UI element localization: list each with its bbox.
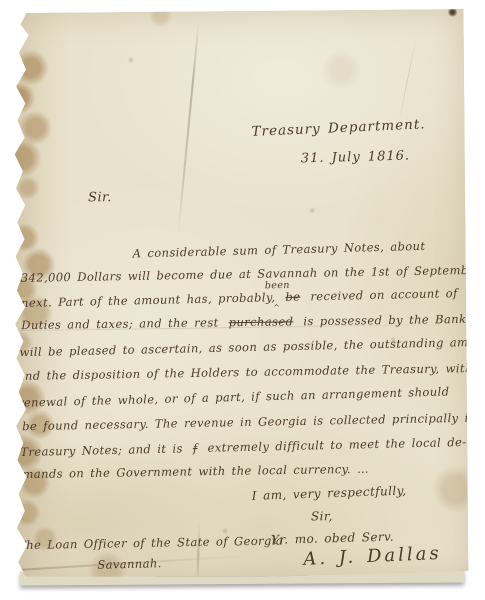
address-line-1: The Loan Officer of the State of Georgia — [18, 535, 283, 551]
body-line-4: Duties and taxes; and the rest purchased… — [21, 313, 485, 331]
paper-crease — [177, 20, 200, 234]
body-line-9-pre: Treasury Notes; and it is — [20, 441, 183, 459]
closing-line-1: I am, very respectfully, — [252, 485, 407, 502]
inserted-word-been: been — [265, 281, 290, 291]
body-line-6: and the disposition of the Holders to ac… — [18, 363, 485, 383]
signature: A. J. Dallas — [303, 545, 442, 569]
body-line-3-post: received on account of — [310, 286, 458, 303]
body-line-7: renewal of the whole, or of a part, if s… — [18, 386, 450, 409]
paper-crease — [399, 38, 417, 121]
letter-photograph: Treasury Department. 31. July 1816. Sir.… — [0, 0, 485, 600]
body-line-3: next. Part of the amount has, probably, … — [21, 288, 458, 309]
body-line-4-struck-word: purchased — [229, 314, 294, 329]
body-line-2: 342,000 Dollars will become due at Savan… — [21, 265, 482, 285]
body-line-8: be found necessary. The revenue in Georg… — [22, 413, 477, 433]
body-line-9-post: extremely difficult to meet the local de… — [207, 435, 466, 455]
letter-paper: Treasury Department. 31. July 1816. Sir.… — [11, 9, 469, 579]
body-line-1: A considerable sum of Treasury Notes, ab… — [133, 241, 426, 260]
body-line-10: mands on the Government with the local c… — [22, 464, 369, 481]
heading-date: 31. July 1816. — [301, 150, 411, 166]
body-line-9-struck-word: f — [193, 441, 198, 455]
body-line-5: will be pleased to ascertain, as soon as… — [19, 336, 485, 358]
address-line-2: Savannah. — [97, 558, 162, 571]
paper-crease — [196, 523, 199, 585]
closing-line-2: Sir, — [311, 510, 333, 522]
body-line-9: Treasury Notes; and it is f extremely di… — [20, 437, 466, 459]
salutation: Sir. — [88, 191, 112, 204]
body-line-3-struck-word: be — [285, 290, 300, 304]
caret-mark: ^ — [273, 304, 280, 312]
body-line-3-pre: next. Part of the amount has, probably, — [21, 290, 276, 310]
body-line-4-post: is possessed by the Banks. You — [303, 311, 485, 328]
body-line-4-pre: Duties and taxes; and the rest — [21, 315, 219, 332]
closing-line-3: Yr. mo. obed Serv. — [271, 531, 394, 546]
heading-department: Treasury Department. — [251, 118, 426, 139]
